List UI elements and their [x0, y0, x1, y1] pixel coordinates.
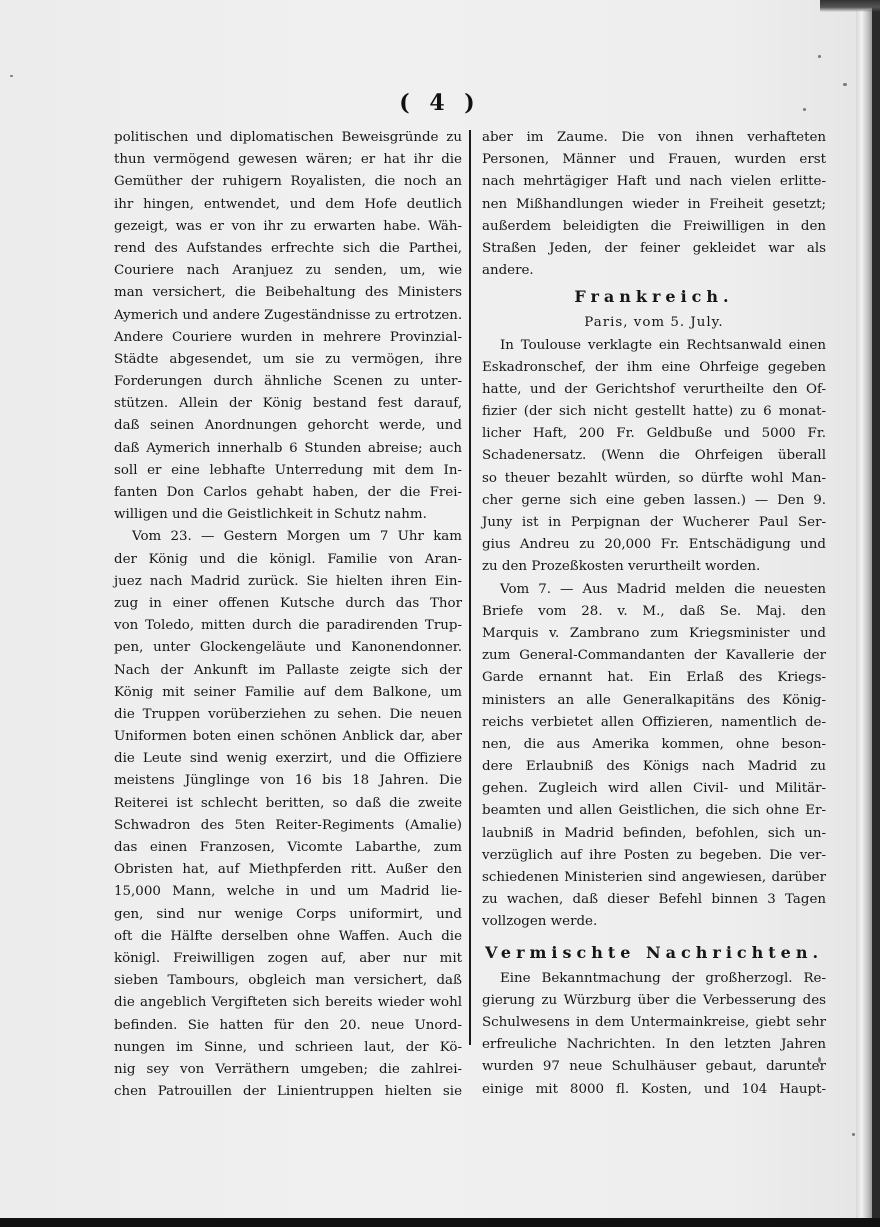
text-line: Eskadronschef, der ihm eine Ohrfeige geg…	[482, 357, 826, 379]
scan-border-bottom	[0, 1218, 880, 1227]
text-line: andere.	[482, 260, 826, 282]
text-line: Schwadron des 5ten Reiter-Regiments (Ama…	[114, 815, 462, 837]
text-line: nach mehrtägiger Haft und nach vielen er…	[482, 171, 826, 193]
text-line: Personen, Männer und Frauen, wurden erst	[482, 149, 826, 171]
text-line: erfreuliche Nachrichten. In den letzten …	[482, 1034, 826, 1056]
text-line: von Toledo, mitten durch die paradirende…	[114, 615, 462, 637]
text-line: rend des Aufstandes erfrechte sich die P…	[114, 238, 462, 260]
text-line: aber im Zaume. Die von ihnen verhafteten	[482, 127, 826, 149]
text-line: chen Patrouillen der Linientruppen hielt…	[114, 1081, 462, 1103]
text-line: thun vermögend gewesen wären; er hat ihr…	[114, 149, 462, 171]
dust-speck	[843, 83, 847, 86]
text-line: cher gerne sich eine geben lassen.) — De…	[482, 490, 826, 512]
text-line: meistens Jünglinge von 16 bis 18 Jahren.…	[114, 770, 462, 792]
dust-speck	[818, 55, 821, 58]
text-line: reichs verbietet allen Offizieren, namen…	[482, 712, 826, 734]
text-line: zug in einer offenen Kutsche durch das T…	[114, 593, 462, 615]
text-line: pen, unter Glockengeläute und Kanonendon…	[114, 637, 462, 659]
text-line: daß seinen Anordnungen gehorcht werde, u…	[114, 415, 462, 437]
text-line: licher Haft, 200 Fr. Geldbuße und 5000 F…	[482, 423, 826, 445]
text-line: nig sey von Verräthern umgeben; die zahl…	[114, 1059, 462, 1081]
text-line: Andere Couriere wurden in mehrere Provin…	[114, 327, 462, 349]
text-line: Straßen Jeden, der feiner gekleidet war …	[482, 238, 826, 260]
text-line: ihr hingen, entwendet, und dem Hofe deut…	[114, 194, 462, 216]
text-line: Garde ernannt hat. Ein Erlaß des Kriegs-	[482, 667, 826, 689]
text-line: stützen. Allein der König bestand fest d…	[114, 393, 462, 415]
text-line: zu den Prozeßkosten verurtheilt worden.	[482, 556, 826, 578]
text-line: Marquis v. Zambrano zum Kriegsminister u…	[482, 623, 826, 645]
text-line: königl. Freiwilligen zogen auf, aber nur…	[114, 948, 462, 970]
left-column: politischen und diplomatischen Beweisgrü…	[114, 127, 462, 1103]
text-line: Briefe vom 28. v. M., daß Se. Maj. den	[482, 601, 826, 623]
text-line: Uniformen boten einen schönen Anblick da…	[114, 726, 462, 748]
scan-shadow-top	[820, 0, 880, 12]
text-line: König mit seiner Familie auf dem Balkone…	[114, 682, 462, 704]
dust-speck	[10, 75, 13, 77]
dateline-paris: Paris, vom 5. July.	[482, 312, 826, 334]
text-line: dere Erlaubniß des Königs nach Madrid zu	[482, 756, 826, 778]
text-line: politischen und diplomatischen Beweisgrü…	[114, 127, 462, 149]
text-line: daß Aymerich innerhalb 6 Stunden abreise…	[114, 438, 462, 460]
text-line: In Toulouse verklagte ein Rechtsanwald e…	[482, 335, 826, 357]
text-line: Schulwesens in dem Untermainkreise, gieb…	[482, 1012, 826, 1034]
text-line: nen, die aus Amerika kommen, ohne beson-	[482, 734, 826, 756]
text-line: Eine Bekanntmachung der großherzogl. Re-	[482, 968, 826, 990]
text-line: Schadenersatz. (Wenn die Ohrfeigen übera…	[482, 445, 826, 467]
text-line: laubniß in Madrid befinden, befohlen, si…	[482, 823, 826, 845]
text-line: gius Andreu zu 20,000 Fr. Entschädigung …	[482, 534, 826, 556]
text-line: einige mit 8000 fl. Kosten, und 104 Haup…	[482, 1079, 826, 1101]
text-line: das einen Franzosen, Vicomte Labarthe, z…	[114, 837, 462, 859]
text-line: soll er eine lebhafte Unterredung mit de…	[114, 460, 462, 482]
text-line: 15,000 Mann, welche in und um Madrid lie…	[114, 881, 462, 903]
page-edge	[856, 10, 872, 1218]
text-line: Gemüther der ruhigern Royalisten, die no…	[114, 171, 462, 193]
text-line: oft die Hälfte derselben ohne Waffen. Au…	[114, 926, 462, 948]
text-line: Nach der Ankunft im Pallaste zeigte sich…	[114, 660, 462, 682]
column-divider	[469, 130, 471, 1045]
section-heading-misc-news: Vermischte Nachrichten.	[482, 938, 826, 968]
text-line: die angeblich Vergifteten sich bereits w…	[114, 992, 462, 1014]
text-line: fanten Don Carlos gehabt haben, der die …	[114, 482, 462, 504]
text-line: ministers an alle Generalkapitäns des Kö…	[482, 690, 826, 712]
text-line: Obristen hat, auf Miethpferden ritt. Auß…	[114, 859, 462, 881]
text-line: Forderungen durch ähnliche Scenen zu unt…	[114, 371, 462, 393]
page-number: ( 4 )	[0, 90, 880, 116]
text-line: hatte, und der Gerichtshof verurtheilte …	[482, 379, 826, 401]
right-column: aber im Zaume. Die von ihnen verhafteten…	[482, 127, 826, 1101]
text-line: außerdem beleidigten die Freiwilligen in…	[482, 216, 826, 238]
text-line: die Leute sind wenig exerzirt, und die O…	[114, 748, 462, 770]
text-line: gehen. Zugleich wird allen Civil- und Mi…	[482, 778, 826, 800]
text-line: beamten und allen Geistlichen, die sich …	[482, 800, 826, 822]
text-line: fizier (der sich nicht gestellt hatte) z…	[482, 401, 826, 423]
scanned-page-background: ( 4 ) politischen und diplomatischen Bew…	[0, 0, 880, 1227]
text-line: befinden. Sie hatten für den 20. neue Un…	[114, 1015, 462, 1037]
text-line: gen, sind nur wenige Corps uniformirt, u…	[114, 904, 462, 926]
text-line: Reiterei ist schlecht beritten, so daß d…	[114, 793, 462, 815]
text-line: verzüglich auf ihre Posten zu begeben. D…	[482, 845, 826, 867]
text-line: man versichert, die Beibehaltung des Min…	[114, 282, 462, 304]
text-line: Couriere nach Aranjuez zu senden, um, wi…	[114, 260, 462, 282]
text-line: zu wachen, daß dieser Befehl binnen 3 Ta…	[482, 889, 826, 911]
text-line: gezeigt, was er von ihr zu erwarten habe…	[114, 216, 462, 238]
text-line: Städte abgesendet, um sie zu vermögen, i…	[114, 349, 462, 371]
text-line: wurden 97 neue Schulhäuser gebaut, darun…	[482, 1056, 826, 1078]
dateline-paragraph-start: Vom 23. — Gestern Morgen um 7 Uhr kam	[114, 526, 462, 548]
section-heading-france: Frankreich.	[482, 282, 826, 312]
text-line: der König und die königl. Familie von Ar…	[114, 549, 462, 571]
text-line: willigen und die Geistlichkeit in Schutz…	[114, 504, 462, 526]
text-line: zum General-Commandanten der Kavallerie …	[482, 645, 826, 667]
dust-speck	[852, 1133, 855, 1136]
text-line: Aymerich und andere Zugeständnisse zu er…	[114, 305, 462, 327]
text-line: sieben Tambours, obgleich man versichert…	[114, 970, 462, 992]
text-line: nungen im Sinne, und schrieen laut, der …	[114, 1037, 462, 1059]
text-line: juez nach Madrid zurück. Sie hielten ihr…	[114, 571, 462, 593]
dateline-paragraph-start: Vom 7. — Aus Madrid melden die neuesten	[482, 579, 826, 601]
text-line: so theuer bezahlt würden, so dürfte wohl…	[482, 468, 826, 490]
text-line: die Truppen vorüberziehen zu sehen. Die …	[114, 704, 462, 726]
text-line: schiedenen Ministerien sind angewiesen, …	[482, 867, 826, 889]
text-line: vollzogen werde.	[482, 911, 826, 933]
text-line: Juny ist in Perpignan der Wucherer Paul …	[482, 512, 826, 534]
scan-border-right	[872, 0, 880, 1227]
text-line: nen Mißhandlungen wieder in Freiheit ges…	[482, 194, 826, 216]
text-line: gierung zu Würzburg über die Verbesserun…	[482, 990, 826, 1012]
